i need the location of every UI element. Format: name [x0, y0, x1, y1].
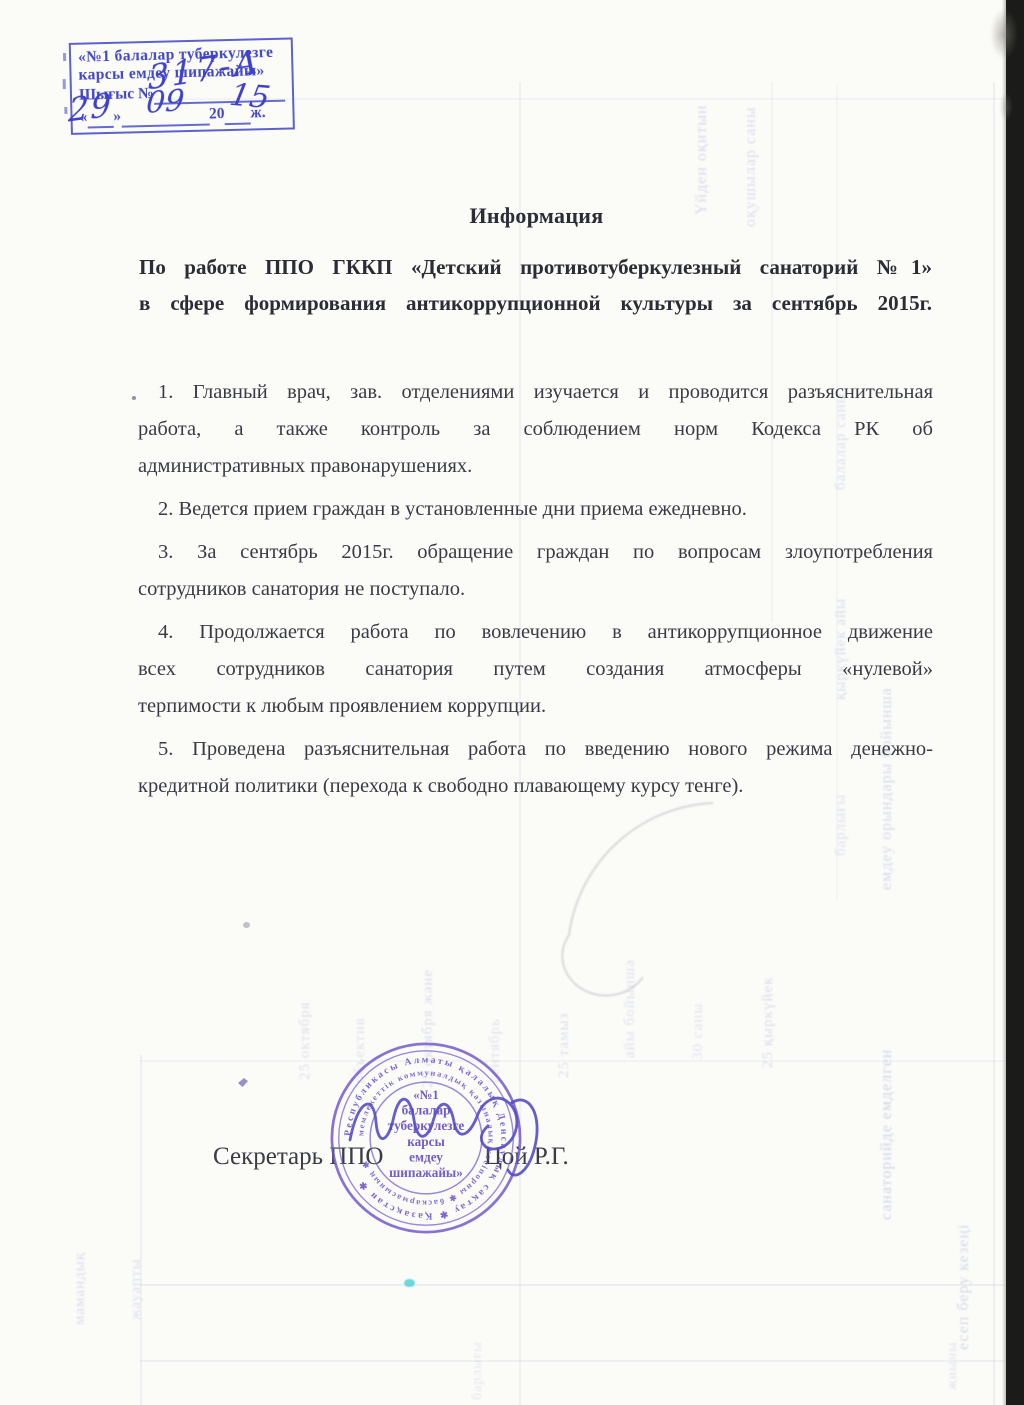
subtitle-line: По работе ППО ГККП «Детский противотубер… — [139, 249, 932, 285]
bleedthrough-text: 25 октября — [297, 900, 314, 1080]
bleedthrough-table-line — [140, 1360, 1005, 1362]
bleedthrough-text: 25 қыркүйек — [760, 848, 777, 1068]
paragraph-line: всех сотрудников санатория путем создани… — [138, 651, 933, 688]
ink-fleck — [243, 922, 250, 928]
registration-stamp: «№1 балалар туберкулезге карсы емдеу шип… — [63, 33, 316, 154]
document-subtitle: По работе ППО ГККП «Детский противотубер… — [139, 249, 932, 321]
paragraph-line: 4. Продолжается работа по вовлечению в а… — [138, 614, 933, 651]
bleedthrough-table-line — [140, 1055, 142, 1405]
bleedthrough-text: мамандық — [72, 1145, 89, 1325]
bleedthrough-table-line — [993, 82, 995, 1405]
paragraph-line: работа, а также контроль за соблюдением … — [138, 411, 933, 448]
handwritten-signature — [322, 1058, 572, 1198]
paragraph-line: сотрудников санатория не поступало. — [138, 571, 933, 608]
paragraph: 2. Ведется прием граждан в установленные… — [138, 491, 933, 528]
stamp-year-prefix: 20 — [209, 103, 225, 125]
bleedthrough-table-line — [140, 1284, 1005, 1286]
handwritten-month: 09 — [145, 83, 185, 121]
paragraph-line: кредитной политики (перехода к свободно … — [138, 768, 933, 805]
bleedthrough-text: санаторийде емделген — [878, 930, 896, 1220]
ink-speck — [132, 396, 136, 400]
bleedthrough-text: барлығы — [470, 1318, 486, 1400]
paragraph-line: административных правонарушениях. — [138, 448, 933, 485]
bleedthrough-text: Үйден оқитын — [693, 95, 711, 215]
bleedthrough-table-line — [140, 1060, 1005, 1062]
paragraph-line: 2. Ведется прием граждан в установленные… — [138, 491, 933, 528]
bleedthrough-text: жауапты — [128, 1135, 145, 1320]
subtitle-line: в сфере формирования антикоррупционной к… — [139, 285, 932, 321]
bleedthrough-text: жиыны — [945, 1290, 961, 1390]
paragraph-line: терпимости к любым проявлением коррупции… — [138, 688, 933, 725]
bleedthrough-arc — [545, 795, 745, 1005]
paragraph: 5. Проведена разъяснительная работа по в… — [138, 731, 933, 805]
cyan-ink-dot — [404, 1279, 415, 1287]
paragraph-line: 5. Проведена разъяснительная работа по в… — [138, 731, 933, 768]
paragraph-line: 1. Главный врач, зав. отделениями изучае… — [138, 374, 933, 411]
document-body: 1. Главный врач, зав. отделениями изучае… — [138, 374, 933, 811]
paragraph: 3. За сентябрь 2015г. обращение граждан … — [138, 534, 933, 608]
stamp-ink-tick — [63, 79, 66, 89]
document-title: Информация — [140, 203, 933, 229]
handwritten-day: 29 — [68, 85, 114, 129]
scanned-document-page: Үйден оқитыноқушылар саныбалалар санықыр… — [0, 0, 1024, 1405]
stamp-ink-tick — [63, 53, 66, 61]
paragraph: 4. Продолжается работа по вовлечению в а… — [138, 614, 933, 725]
paragraph-line: 3. За сентябрь 2015г. обращение граждан … — [138, 534, 933, 571]
paragraph: 1. Главный врач, зав. отделениями изучае… — [138, 374, 933, 485]
stamp-ink-tick — [64, 107, 67, 114]
handwritten-year: 15 — [227, 77, 273, 116]
